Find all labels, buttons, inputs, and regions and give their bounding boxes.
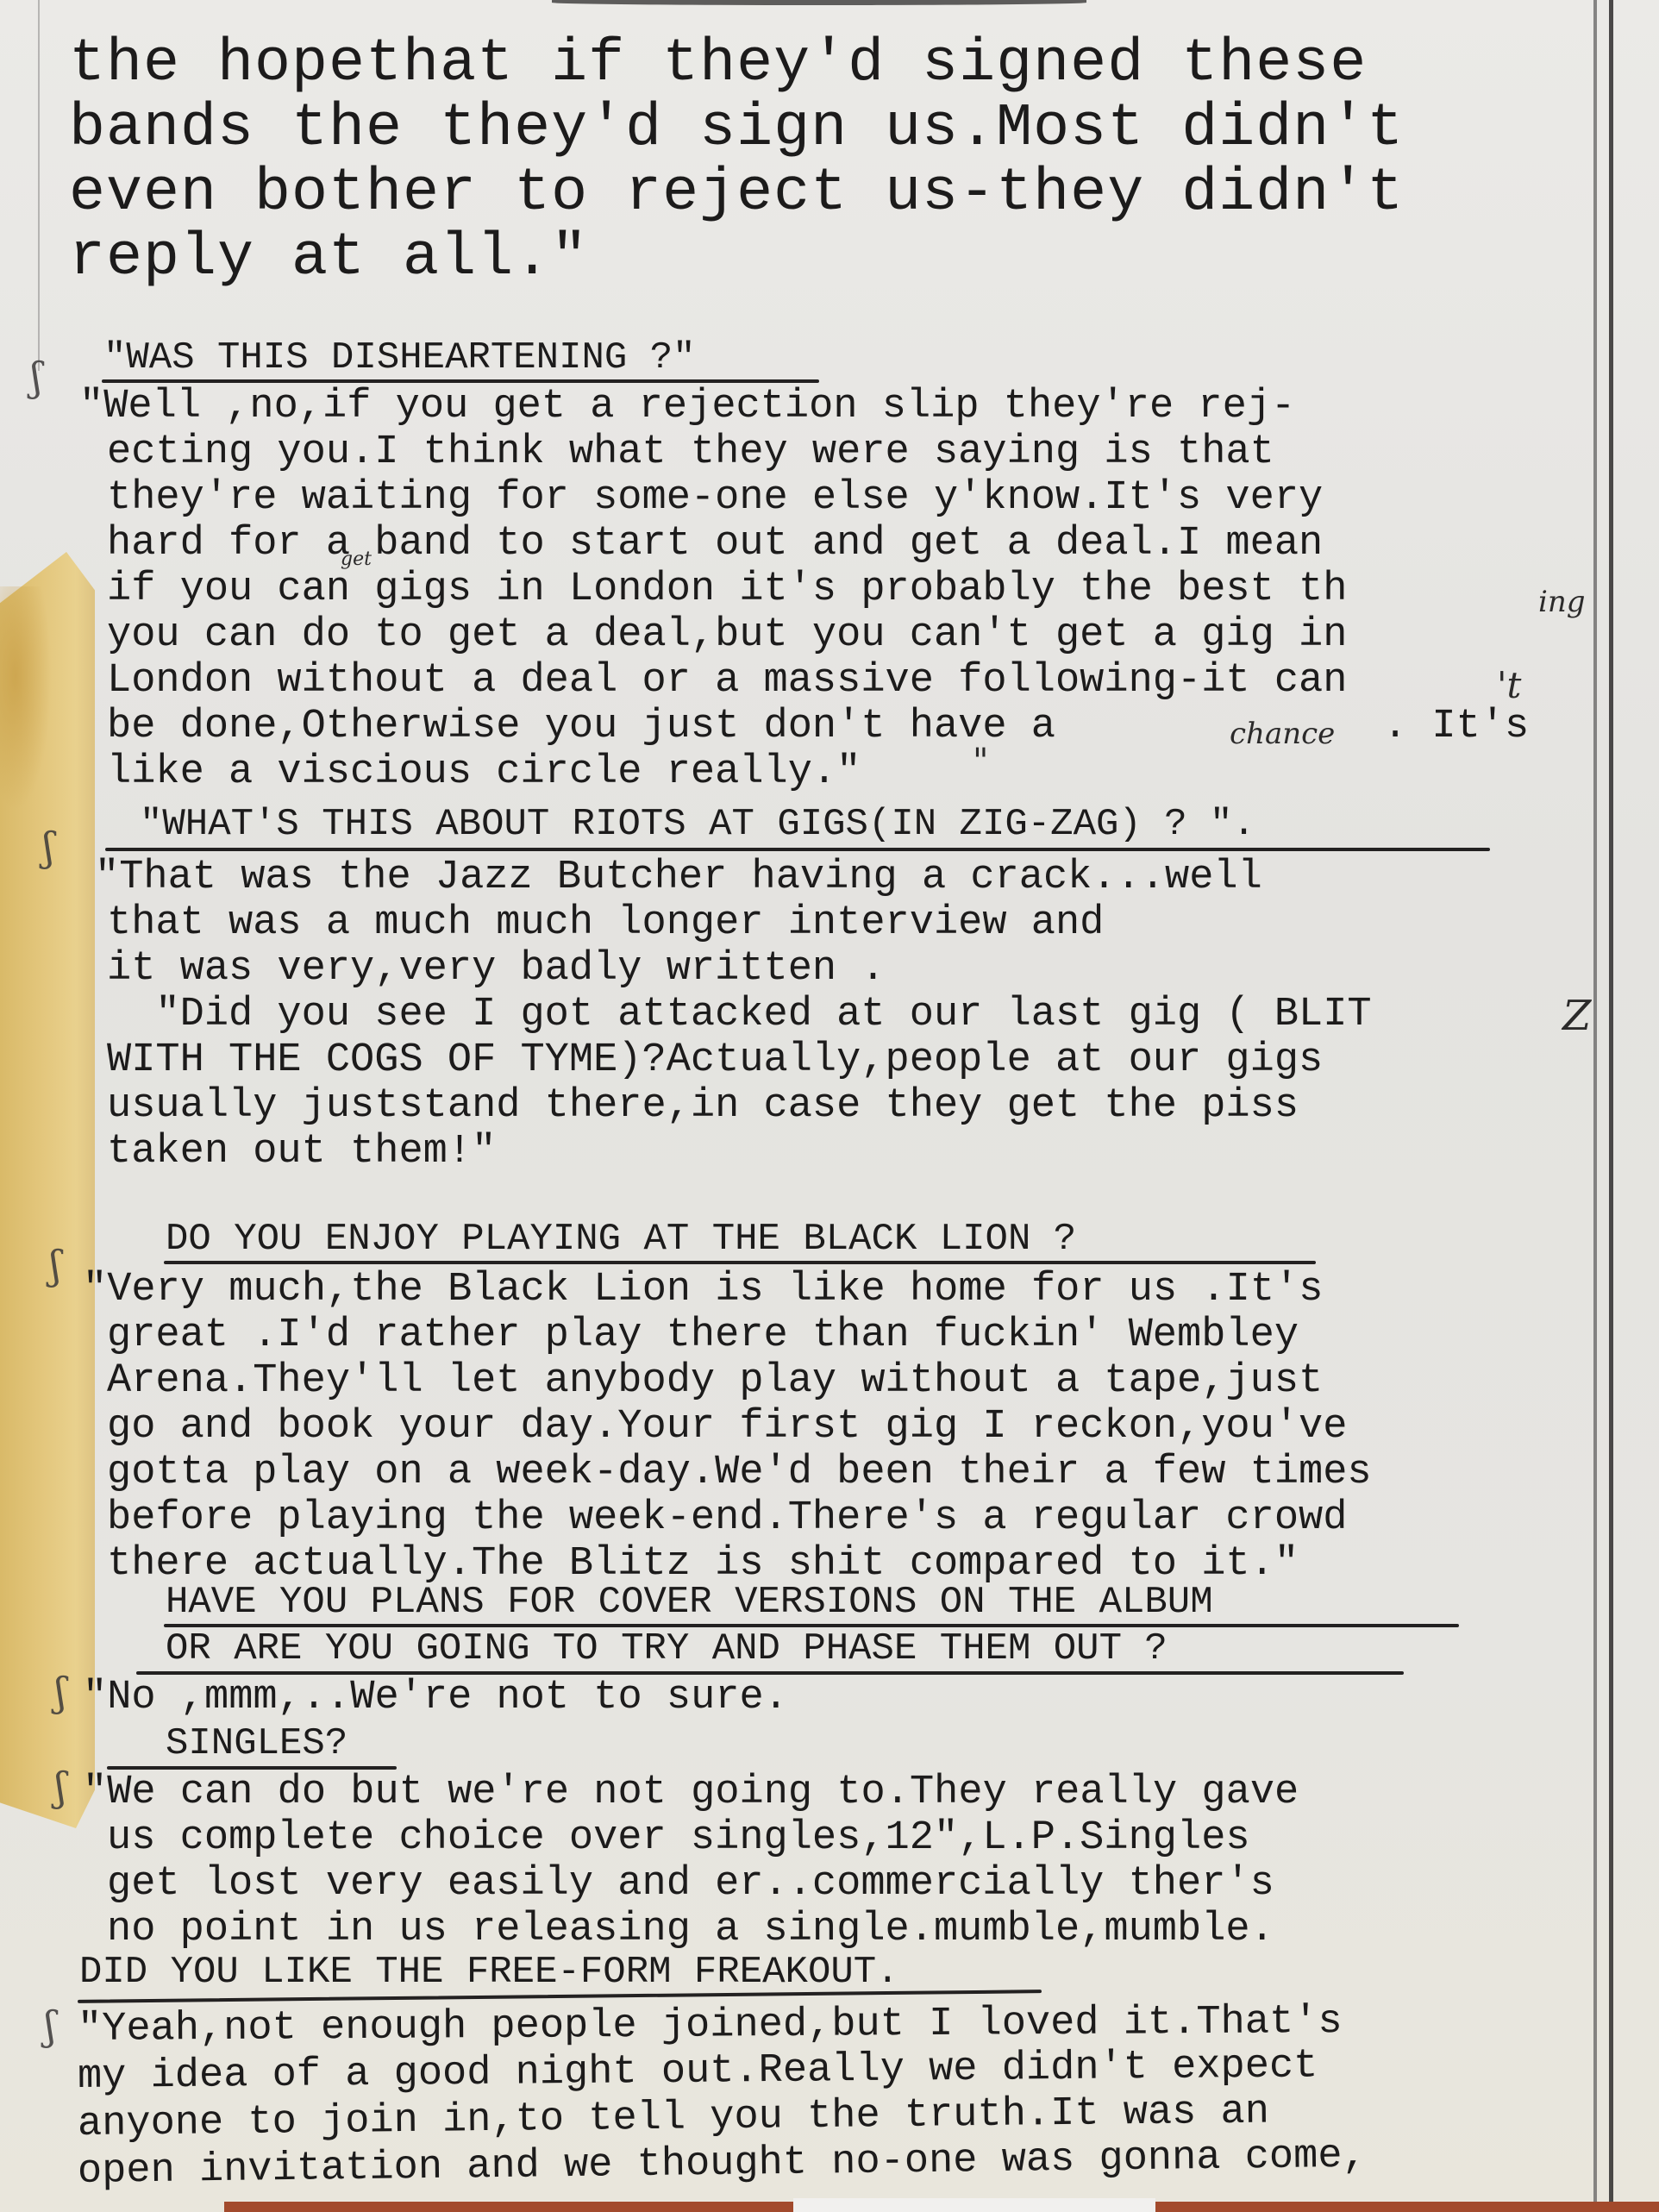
answer-line: taken out them!": [107, 1131, 496, 1172]
question-underline: [164, 1261, 1316, 1264]
answer-line: it was very,very badly written .: [107, 949, 886, 989]
handwritten-insertion: ing: [1538, 585, 1586, 619]
handwritten-insertion: get: [341, 548, 372, 570]
answer-line: "Very much,the Black Lion is like home f…: [83, 1269, 1323, 1310]
tape-stain: [0, 586, 52, 811]
bottom-paper-tab: [793, 2198, 1155, 2212]
answer-line: they're waiting for some-one else y'know…: [107, 478, 1323, 518]
question-heading: DID YOU LIKE THE FREE-FORM FREAKOUT.: [79, 1953, 899, 1991]
question-heading: DO YOU ENJOY PLAYING AT THE BLACK LION ?: [166, 1220, 1076, 1258]
answer-line: usually juststand there,in case they get…: [107, 1086, 1299, 1126]
answer-line: "No ,mmm,..We're not to sure.: [83, 1677, 788, 1718]
answer-line: like a viscious circle really.": [107, 752, 861, 793]
question-underline: [105, 848, 1490, 851]
question-underline: [102, 379, 819, 383]
intro-line: bands the they'd sign us.Most didn't: [69, 99, 1404, 160]
answer-line: "Yeah,not enough people joined,but I lov…: [78, 2002, 1343, 2050]
margin-mark-icon: ʃ: [43, 824, 54, 870]
answer-line: us complete choice over singles,12",L.P.…: [107, 1818, 1250, 1858]
right-border-rule-outer: [1609, 0, 1613, 2212]
margin-mark-icon: ʃ: [45, 2002, 56, 2049]
answer-line: get lost very easily and er..commerciall…: [107, 1864, 1274, 1904]
scanned-page: the hopethat if they'd signed these band…: [0, 0, 1659, 2212]
question-heading: OR ARE YOU GOING TO TRY AND PHASE THEM O…: [166, 1630, 1168, 1668]
answer-line: if you can gigs in London it's probably …: [107, 569, 1347, 610]
answer-line: ecting you.I think what they were saying…: [107, 432, 1274, 473]
answer-line: go and book your day.Your first gig I re…: [107, 1407, 1347, 1447]
handwritten-close-quote: ": [973, 742, 988, 781]
answer-line: "Well ,no,if you get a rejection slip th…: [79, 386, 1295, 427]
answer-line: that was a much much longer interview an…: [107, 903, 1104, 943]
answer-line: "Did you see I got attacked at our last …: [107, 994, 1372, 1035]
margin-mark-icon: ʃ: [50, 1242, 61, 1288]
margin-mark-icon: ʃ: [55, 1669, 66, 1715]
answer-line: before playing the week-end.There's a re…: [107, 1498, 1347, 1538]
handwritten-insertion: Z: [1562, 992, 1591, 1040]
question-heading: SINGLES?: [166, 1725, 347, 1763]
answer-line: London without a deal or a massive follo…: [107, 661, 1347, 701]
question-heading: HAVE YOU PLANS FOR COVER VERSIONS ON THE…: [166, 1583, 1213, 1621]
right-border-rule-inner: [1593, 0, 1597, 2212]
answer-line-tail: . It's: [1383, 706, 1529, 747]
handwritten-insertion: chance: [1230, 717, 1335, 751]
intro-line: even bother to reject us-they didn't: [69, 164, 1404, 224]
answer-line: be done,Otherwise you just don't have a: [107, 706, 1055, 747]
answer-line: WITH THE COGS OF TYME)?Actually,people a…: [107, 1040, 1323, 1081]
question-heading: "WAS THIS DISHEARTENING ?": [103, 339, 696, 377]
answer-line: hard for a band to start out and get a d…: [107, 523, 1323, 564]
answer-line: you can do to get a deal,but you can't g…: [107, 615, 1347, 655]
answer-line: "That was the Jazz Butcher having a crac…: [95, 857, 1262, 898]
answer-line: my idea of a good night out.Really we di…: [78, 2046, 1318, 2097]
intro-line: reply at all.": [69, 229, 588, 289]
answer-line: no point in us releasing a single.mumble…: [107, 1909, 1274, 1950]
margin-mark-icon: ʃ: [55, 1764, 66, 1810]
top-ink-smudge: [552, 0, 1086, 5]
intro-line: the hopethat if they'd signed these: [69, 34, 1367, 95]
margin-mark-icon: ʃ: [31, 354, 42, 400]
left-column-rule: [38, 0, 40, 371]
answer-line: Arena.They'll let anybody play without a…: [107, 1361, 1323, 1401]
answer-line: great .I'd rather play there than fuckin…: [107, 1315, 1299, 1356]
answer-line: gotta play on a week-day.We'd been their…: [107, 1452, 1372, 1493]
handwritten-insertion: 't: [1497, 664, 1521, 706]
question-heading: "WHAT'S THIS ABOUT RIOTS AT GIGS(IN ZIG-…: [140, 805, 1255, 843]
answer-line: there actually.The Blitz is shit compare…: [107, 1544, 1299, 1584]
answer-line: "We can do but we're not going to.They r…: [83, 1772, 1299, 1813]
